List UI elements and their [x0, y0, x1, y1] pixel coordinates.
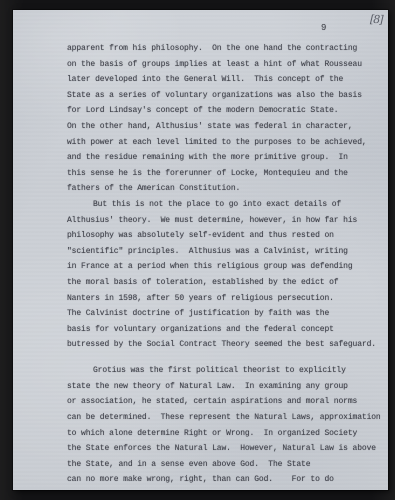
document-page: 9 [8] apparent from his philosophy. On t…: [13, 10, 388, 490]
text-line: in France at a period when this religiou…: [67, 259, 384, 275]
scan-background-frame: 9 [8] apparent from his philosophy. On t…: [0, 0, 395, 500]
text-line: this sense he is the forerunner of Locke…: [67, 166, 384, 182]
text-line: Nanters in 1598, after 50 years of relig…: [67, 291, 384, 307]
text-line: butressed by the Social Contract Theory …: [67, 337, 384, 353]
text-line: On the other hand, Althusius' state was …: [67, 119, 384, 135]
text-line: the State, and in a sense even above God…: [67, 457, 384, 473]
text-line: The Calvinist doctrine of justification …: [67, 306, 384, 322]
text-line: state the new theory of Natural Law. In …: [67, 379, 384, 395]
text-line: apparent from his philosophy. On the one…: [67, 41, 384, 57]
text-line: can be determined. These represent the N…: [67, 410, 384, 426]
text-line: and the residue remaining with the more …: [67, 150, 384, 166]
text-line: the State enforces the Natural Law. Howe…: [67, 441, 384, 457]
page-number: 9: [321, 23, 326, 33]
text-line: the moral basis of toleration, establish…: [67, 275, 384, 291]
text-line: can no more make wrong, right, than can …: [67, 472, 384, 488]
text-line: basis for voluntary organizations and th…: [67, 322, 384, 338]
text-line: philosophy was absolutely self-evident a…: [67, 228, 384, 244]
text-line: with power at each level limited to the …: [67, 135, 384, 151]
text-line: "scientific" principles. Althusius was a…: [67, 244, 384, 260]
text-line: Grotius was the first political theorist…: [67, 363, 384, 379]
text-line: But this is not the place to go into exa…: [67, 197, 384, 213]
text-line: for Lord Lindsay's concept of the modern…: [67, 103, 384, 119]
text-line: on the basis of groups implies at least …: [67, 57, 384, 73]
text-line: Althusius' theory. We must determine, ho…: [67, 213, 384, 229]
text-line: or association, he stated, certain aspir…: [67, 394, 384, 410]
text-line: State as a series of voluntary organizat…: [67, 88, 384, 104]
pencil-corner-annotation: [8]: [370, 13, 383, 26]
text-line: later developed into the General Will. T…: [67, 72, 384, 88]
text-line: fathers of the American Constitution.: [67, 181, 384, 197]
text-line: to which alone determine Right or Wrong.…: [67, 426, 384, 442]
document-body: apparent from his philosophy. On the one…: [67, 41, 384, 488]
